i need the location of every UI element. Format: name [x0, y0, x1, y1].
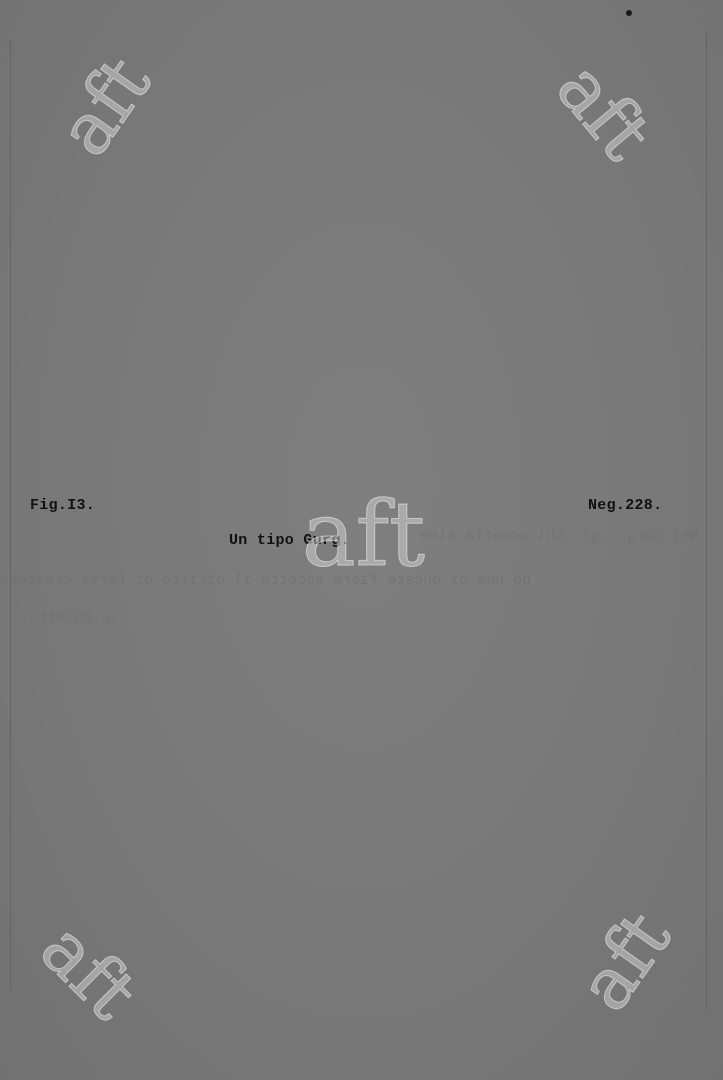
watermark: aft: [567, 900, 682, 1022]
watermark: aft: [29, 911, 150, 1032]
figure-label: Fig.I3.: [30, 497, 95, 514]
watermark: aft: [302, 490, 425, 580]
ink-spot: [626, 10, 632, 16]
page-edge-left: [10, 40, 11, 990]
bleed-through-line: no una di queste fiere accetta il diritt…: [0, 572, 531, 589]
scanned-page: Nel Gurg...gi. Chi accetta alme no una d…: [0, 0, 723, 1080]
bleed-through-line: le basette.: [20, 610, 119, 627]
page-edge-right: [706, 30, 707, 1010]
negative-label: Neg.228.: [588, 497, 662, 514]
watermark: aft: [545, 50, 663, 172]
bleed-through-line: Nel Gurg...gi. Chi accetta alme: [420, 528, 699, 545]
watermark: aft: [47, 45, 162, 167]
